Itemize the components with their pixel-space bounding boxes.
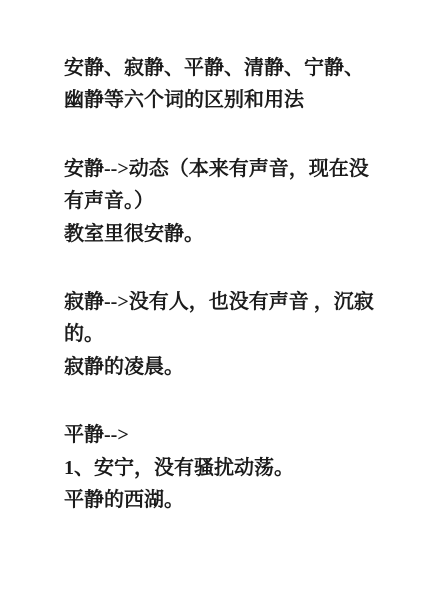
paragraph-jijing: 寂静-->没有人，也没有声音 ，沉寂 的。 寂静的凌晨。: [64, 286, 395, 383]
text-line: 教室里很安静。: [64, 218, 395, 250]
text-line: 平静-->: [64, 419, 395, 451]
paragraph-pingjing: 平静--> 1、安宁，没有骚扰动荡。 平静的西湖。: [64, 419, 395, 516]
text-line: 寂静的凌晨。: [64, 351, 395, 383]
title-line: 幽静等六个词的区别和用法: [64, 84, 395, 116]
title-paragraph: 安静、寂静、平静、清静、宁静、 幽静等六个词的区别和用法: [64, 52, 395, 117]
document-page: 安静、寂静、平静、清静、宁静、 幽静等六个词的区别和用法 安静-->动态（本来有…: [0, 0, 423, 600]
text-line: 平静的西湖。: [64, 484, 395, 516]
text-line: 寂静-->没有人，也没有声音 ，沉寂: [64, 286, 395, 318]
text-line: 安静-->动态（本来有声音，现在没: [64, 153, 395, 185]
text-line: 1、安宁，没有骚扰动荡。: [64, 452, 395, 484]
text-line: 有声音。）: [64, 185, 395, 217]
paragraph-anjing: 安静-->动态（本来有声音，现在没 有声音。） 教室里很安静。: [64, 153, 395, 250]
title-line: 安静、寂静、平静、清静、宁静、: [64, 52, 395, 84]
document-body: 安静、寂静、平静、清静、宁静、 幽静等六个词的区别和用法 安静-->动态（本来有…: [64, 52, 395, 552]
text-line: 的。: [64, 318, 395, 350]
